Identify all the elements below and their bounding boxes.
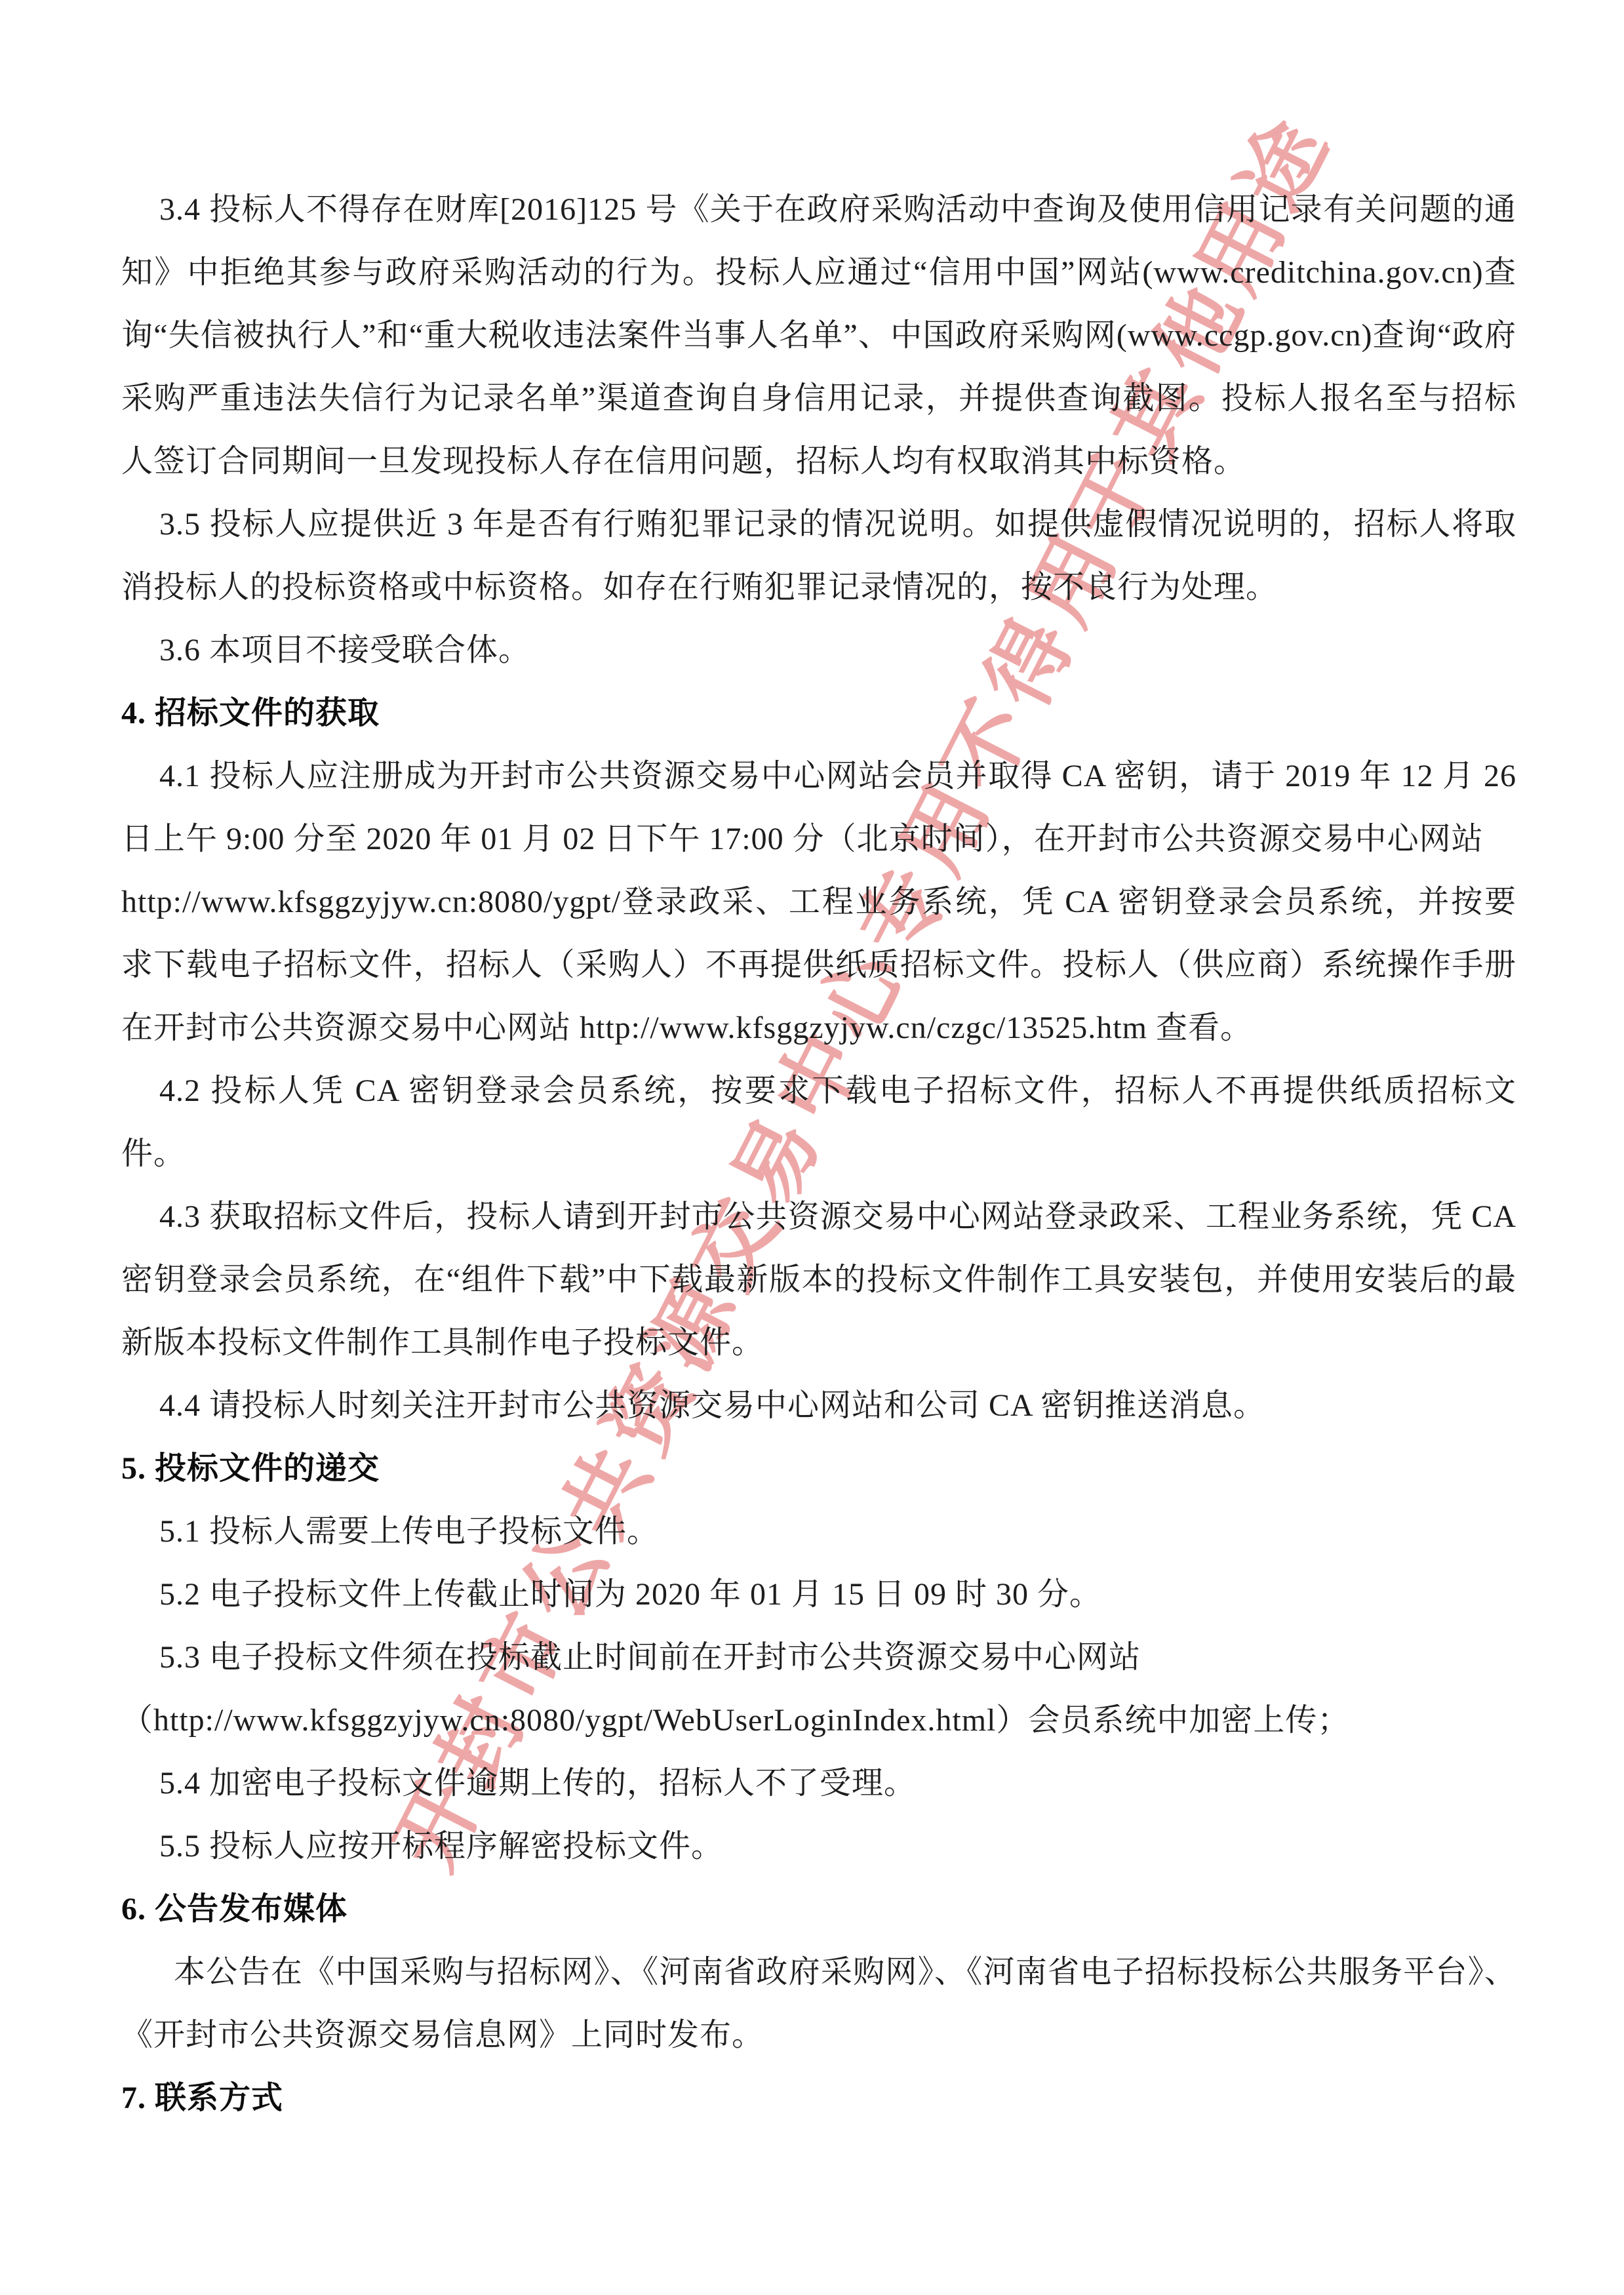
heading-6: 6. 公告发布媒体: [121, 1878, 1516, 1941]
para-4-1: 4.1 投标人应注册成为开封市公共资源交易中心网站会员并取得 CA 密钥，请于 …: [121, 745, 1516, 871]
para-3-5: 3.5 投标人应提供近 3 年是否有行贿犯罪记录的情况说明。如提供虚假情况说明的…: [121, 493, 1516, 619]
para-5-4: 5.4 加密电子投标文件逾期上传的，招标人不了受理。: [121, 1752, 1516, 1815]
para-5-1: 5.1 投标人需要上传电子投标文件。: [121, 1500, 1516, 1563]
document-page: 开封市公共资源交易中心专用不得用于其他用途 3.4 投标人不得存在财库[2016…: [0, 0, 1624, 2295]
heading-4: 4. 招标文件的获取: [121, 682, 1516, 745]
para-4-1-cont: http://www.kfsggzyjyw.cn:8080/ygpt/登录政采、…: [121, 871, 1516, 1060]
para-3-6: 3.6 本项目不接受联合体。: [121, 619, 1516, 682]
para-6-body: 本公告在《中国采购与招标网》、《河南省政府采购网》、《河南省电子招标投标公共服务…: [121, 1941, 1516, 2067]
para-4-4: 4.4 请投标人时刻关注开封市公共资源交易中心网站和公司 CA 密钥推送消息。: [121, 1374, 1516, 1437]
para-5-2: 5.2 电子投标文件上传截止时间为 2020 年 01 月 15 日 09 时 …: [121, 1563, 1516, 1626]
heading-7: 7. 联系方式: [121, 2067, 1516, 2130]
heading-5: 5. 投标文件的递交: [121, 1437, 1516, 1500]
para-4-2: 4.2 投标人凭 CA 密钥登录会员系统，按要求下载电子招标文件，招标人不再提供…: [121, 1060, 1516, 1186]
para-4-3: 4.3 获取招标文件后，投标人请到开封市公共资源交易中心网站登录政采、工程业务系…: [121, 1186, 1516, 1374]
para-5-3: 5.3 电子投标文件须在投标截止时间前在开封市公共资源交易中心网站: [121, 1626, 1516, 1689]
para-5-3-cont: （http://www.kfsggzyjyw.cn:8080/ygpt/WebU…: [121, 1689, 1516, 1752]
document-body: 3.4 投标人不得存在财库[2016]125 号《关于在政府采购活动中查询及使用…: [121, 178, 1516, 2130]
para-3-4: 3.4 投标人不得存在财库[2016]125 号《关于在政府采购活动中查询及使用…: [121, 178, 1516, 493]
para-5-5: 5.5 投标人应按开标程序解密投标文件。: [121, 1815, 1516, 1878]
